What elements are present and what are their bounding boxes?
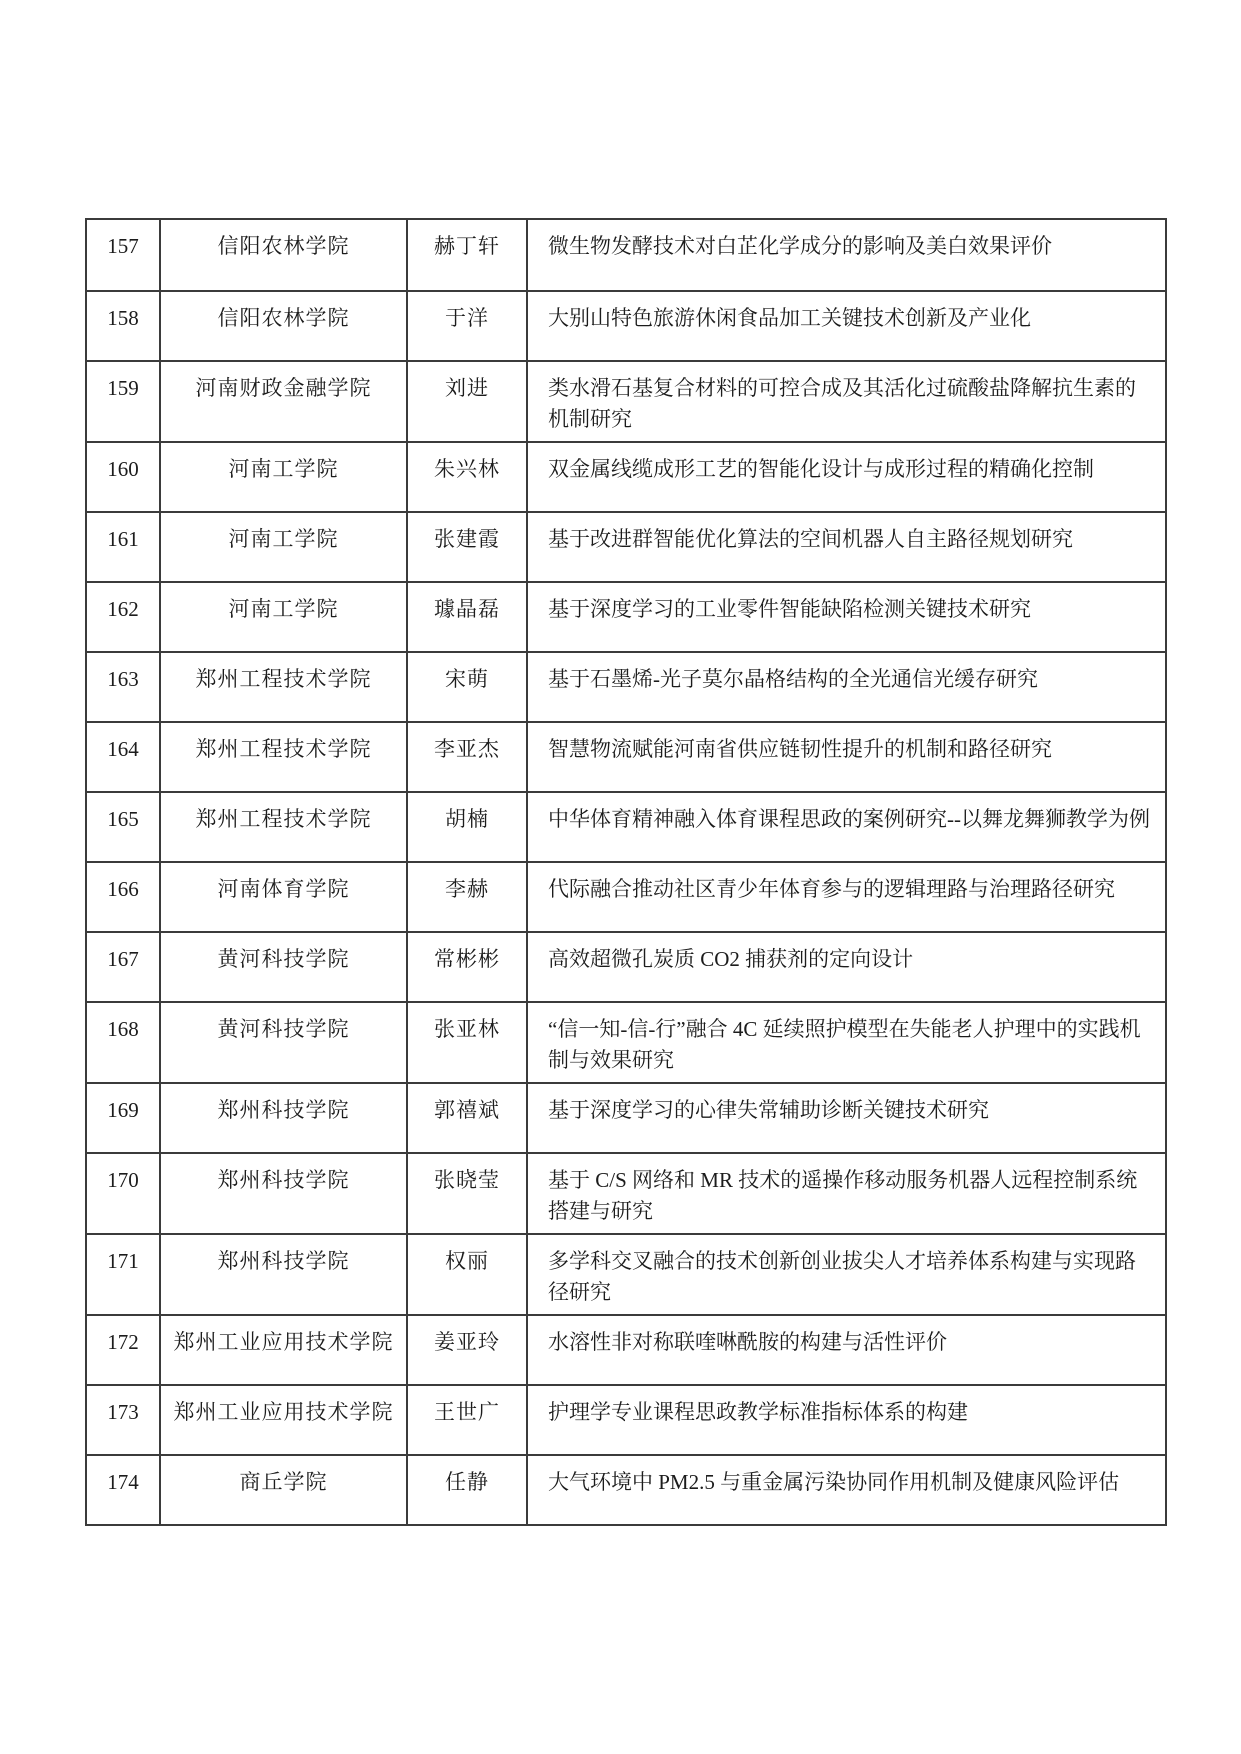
row-number-cell: 158 — [87, 292, 159, 360]
researcher-name-cell: 任静 — [406, 1456, 526, 1524]
document-page: 157 信阳农林学院 赫丁轩 微生物发酵技术对白芷化学成分的影响及美白效果评价 … — [0, 0, 1241, 1754]
researcher-name-cell: 王世广 — [406, 1386, 526, 1454]
table-row: 172 郑州工业应用技术学院 姜亚玲 水溶性非对称联喹啉酰胺的构建与活性评价 — [87, 1314, 1165, 1384]
researcher-name-cell: 胡楠 — [406, 793, 526, 861]
project-title-cell: 基于深度学习的心律失常辅助诊断关键技术研究 — [526, 1084, 1165, 1152]
row-number-cell: 173 — [87, 1386, 159, 1454]
project-title-cell: 双金属线缆成形工艺的智能化设计与成形过程的精确化控制 — [526, 443, 1165, 511]
table-row: 169 郑州科技学院 郭禧斌 基于深度学习的心律失常辅助诊断关键技术研究 — [87, 1082, 1165, 1152]
row-number-cell: 157 — [87, 220, 159, 290]
institution-cell: 河南工学院 — [159, 513, 406, 581]
institution-cell: 河南体育学院 — [159, 863, 406, 931]
row-number-cell: 162 — [87, 583, 159, 651]
row-number-cell: 170 — [87, 1154, 159, 1233]
institution-cell: 信阳农林学院 — [159, 220, 406, 290]
institution-cell: 郑州科技学院 — [159, 1154, 406, 1233]
project-title-cell: 中华体育精神融入体育课程思政的案例研究--以舞龙舞狮教学为例 — [526, 793, 1165, 861]
row-number-cell: 165 — [87, 793, 159, 861]
project-title-cell: 微生物发酵技术对白芷化学成分的影响及美白效果评价 — [526, 220, 1165, 290]
table-row: 174 商丘学院 任静 大气环境中 PM2.5 与重金属污染协同作用机制及健康风… — [87, 1454, 1165, 1524]
institution-cell: 商丘学院 — [159, 1456, 406, 1524]
row-number-cell: 161 — [87, 513, 159, 581]
institution-cell: 郑州工程技术学院 — [159, 793, 406, 861]
project-title-cell: 基于石墨烯-光子莫尔晶格结构的全光通信光缓存研究 — [526, 653, 1165, 721]
table-row: 168 黄河科技学院 张亚林 “信一知-信-行”融合 4C 延续照护模型在失能老… — [87, 1001, 1165, 1082]
row-number-cell: 168 — [87, 1003, 159, 1082]
projects-table: 157 信阳农林学院 赫丁轩 微生物发酵技术对白芷化学成分的影响及美白效果评价 … — [85, 218, 1167, 1526]
table-row: 159 河南财政金融学院 刘进 类水滑石基复合材料的可控合成及其活化过硫酸盐降解… — [87, 360, 1165, 441]
row-number-cell: 174 — [87, 1456, 159, 1524]
institution-cell: 郑州工业应用技术学院 — [159, 1316, 406, 1384]
project-title-cell: 代际融合推动社区青少年体育参与的逻辑理路与治理路径研究 — [526, 863, 1165, 931]
table-row: 158 信阳农林学院 于洋 大别山特色旅游休闲食品加工关键技术创新及产业化 — [87, 290, 1165, 360]
table-row: 160 河南工学院 朱兴林 双金属线缆成形工艺的智能化设计与成形过程的精确化控制 — [87, 441, 1165, 511]
row-number-cell: 169 — [87, 1084, 159, 1152]
researcher-name-cell: 李赫 — [406, 863, 526, 931]
table-row: 166 河南体育学院 李赫 代际融合推动社区青少年体育参与的逻辑理路与治理路径研… — [87, 861, 1165, 931]
researcher-name-cell: 刘进 — [406, 362, 526, 441]
institution-cell: 黄河科技学院 — [159, 933, 406, 1001]
table-row: 163 郑州工程技术学院 宋萌 基于石墨烯-光子莫尔晶格结构的全光通信光缓存研究 — [87, 651, 1165, 721]
project-title-cell: 基于 C/S 网络和 MR 技术的遥操作移动服务机器人远程控制系统搭建与研究 — [526, 1154, 1165, 1233]
researcher-name-cell: 常彬彬 — [406, 933, 526, 1001]
researcher-name-cell: 权丽 — [406, 1235, 526, 1314]
row-number-cell: 159 — [87, 362, 159, 441]
researcher-name-cell: 于洋 — [406, 292, 526, 360]
institution-cell: 黄河科技学院 — [159, 1003, 406, 1082]
project-title-cell: “信一知-信-行”融合 4C 延续照护模型在失能老人护理中的实践机制与效果研究 — [526, 1003, 1165, 1082]
table-row: 171 郑州科技学院 权丽 多学科交叉融合的技术创新创业拔尖人才培养体系构建与实… — [87, 1233, 1165, 1314]
researcher-name-cell: 朱兴林 — [406, 443, 526, 511]
researcher-name-cell: 张亚林 — [406, 1003, 526, 1082]
researcher-name-cell: 宋萌 — [406, 653, 526, 721]
project-title-cell: 大别山特色旅游休闲食品加工关键技术创新及产业化 — [526, 292, 1165, 360]
row-number-cell: 164 — [87, 723, 159, 791]
row-number-cell: 171 — [87, 1235, 159, 1314]
table-row: 167 黄河科技学院 常彬彬 高效超微孔炭质 CO2 捕获剂的定向设计 — [87, 931, 1165, 1001]
row-number-cell: 166 — [87, 863, 159, 931]
row-number-cell: 163 — [87, 653, 159, 721]
institution-cell: 郑州工程技术学院 — [159, 723, 406, 791]
row-number-cell: 160 — [87, 443, 159, 511]
project-title-cell: 基于改进群智能优化算法的空间机器人自主路径规划研究 — [526, 513, 1165, 581]
researcher-name-cell: 张晓莹 — [406, 1154, 526, 1233]
institution-cell: 郑州科技学院 — [159, 1084, 406, 1152]
institution-cell: 郑州科技学院 — [159, 1235, 406, 1314]
institution-cell: 河南工学院 — [159, 583, 406, 651]
table-row: 157 信阳农林学院 赫丁轩 微生物发酵技术对白芷化学成分的影响及美白效果评价 — [87, 220, 1165, 290]
project-title-cell: 多学科交叉融合的技术创新创业拔尖人才培养体系构建与实现路径研究 — [526, 1235, 1165, 1314]
project-title-cell: 大气环境中 PM2.5 与重金属污染协同作用机制及健康风险评估 — [526, 1456, 1165, 1524]
row-number-cell: 167 — [87, 933, 159, 1001]
researcher-name-cell: 郭禧斌 — [406, 1084, 526, 1152]
project-title-cell: 护理学专业课程思政教学标准指标体系的构建 — [526, 1386, 1165, 1454]
project-title-cell: 智慧物流赋能河南省供应链韧性提升的机制和路径研究 — [526, 723, 1165, 791]
table-row: 170 郑州科技学院 张晓莹 基于 C/S 网络和 MR 技术的遥操作移动服务机… — [87, 1152, 1165, 1233]
table-row: 165 郑州工程技术学院 胡楠 中华体育精神融入体育课程思政的案例研究--以舞龙… — [87, 791, 1165, 861]
researcher-name-cell: 姜亚玲 — [406, 1316, 526, 1384]
project-title-cell: 高效超微孔炭质 CO2 捕获剂的定向设计 — [526, 933, 1165, 1001]
institution-cell: 信阳农林学院 — [159, 292, 406, 360]
institution-cell: 郑州工业应用技术学院 — [159, 1386, 406, 1454]
table-row: 161 河南工学院 张建霞 基于改进群智能优化算法的空间机器人自主路径规划研究 — [87, 511, 1165, 581]
institution-cell: 河南工学院 — [159, 443, 406, 511]
institution-cell: 郑州工程技术学院 — [159, 653, 406, 721]
project-title-cell: 类水滑石基复合材料的可控合成及其活化过硫酸盐降解抗生素的机制研究 — [526, 362, 1165, 441]
project-title-cell: 基于深度学习的工业零件智能缺陷检测关键技术研究 — [526, 583, 1165, 651]
table-row: 173 郑州工业应用技术学院 王世广 护理学专业课程思政教学标准指标体系的构建 — [87, 1384, 1165, 1454]
table-row: 162 河南工学院 璩晶磊 基于深度学习的工业零件智能缺陷检测关键技术研究 — [87, 581, 1165, 651]
researcher-name-cell: 李亚杰 — [406, 723, 526, 791]
researcher-name-cell: 璩晶磊 — [406, 583, 526, 651]
row-number-cell: 172 — [87, 1316, 159, 1384]
researcher-name-cell: 赫丁轩 — [406, 220, 526, 290]
project-title-cell: 水溶性非对称联喹啉酰胺的构建与活性评价 — [526, 1316, 1165, 1384]
institution-cell: 河南财政金融学院 — [159, 362, 406, 441]
researcher-name-cell: 张建霞 — [406, 513, 526, 581]
table-row: 164 郑州工程技术学院 李亚杰 智慧物流赋能河南省供应链韧性提升的机制和路径研… — [87, 721, 1165, 791]
